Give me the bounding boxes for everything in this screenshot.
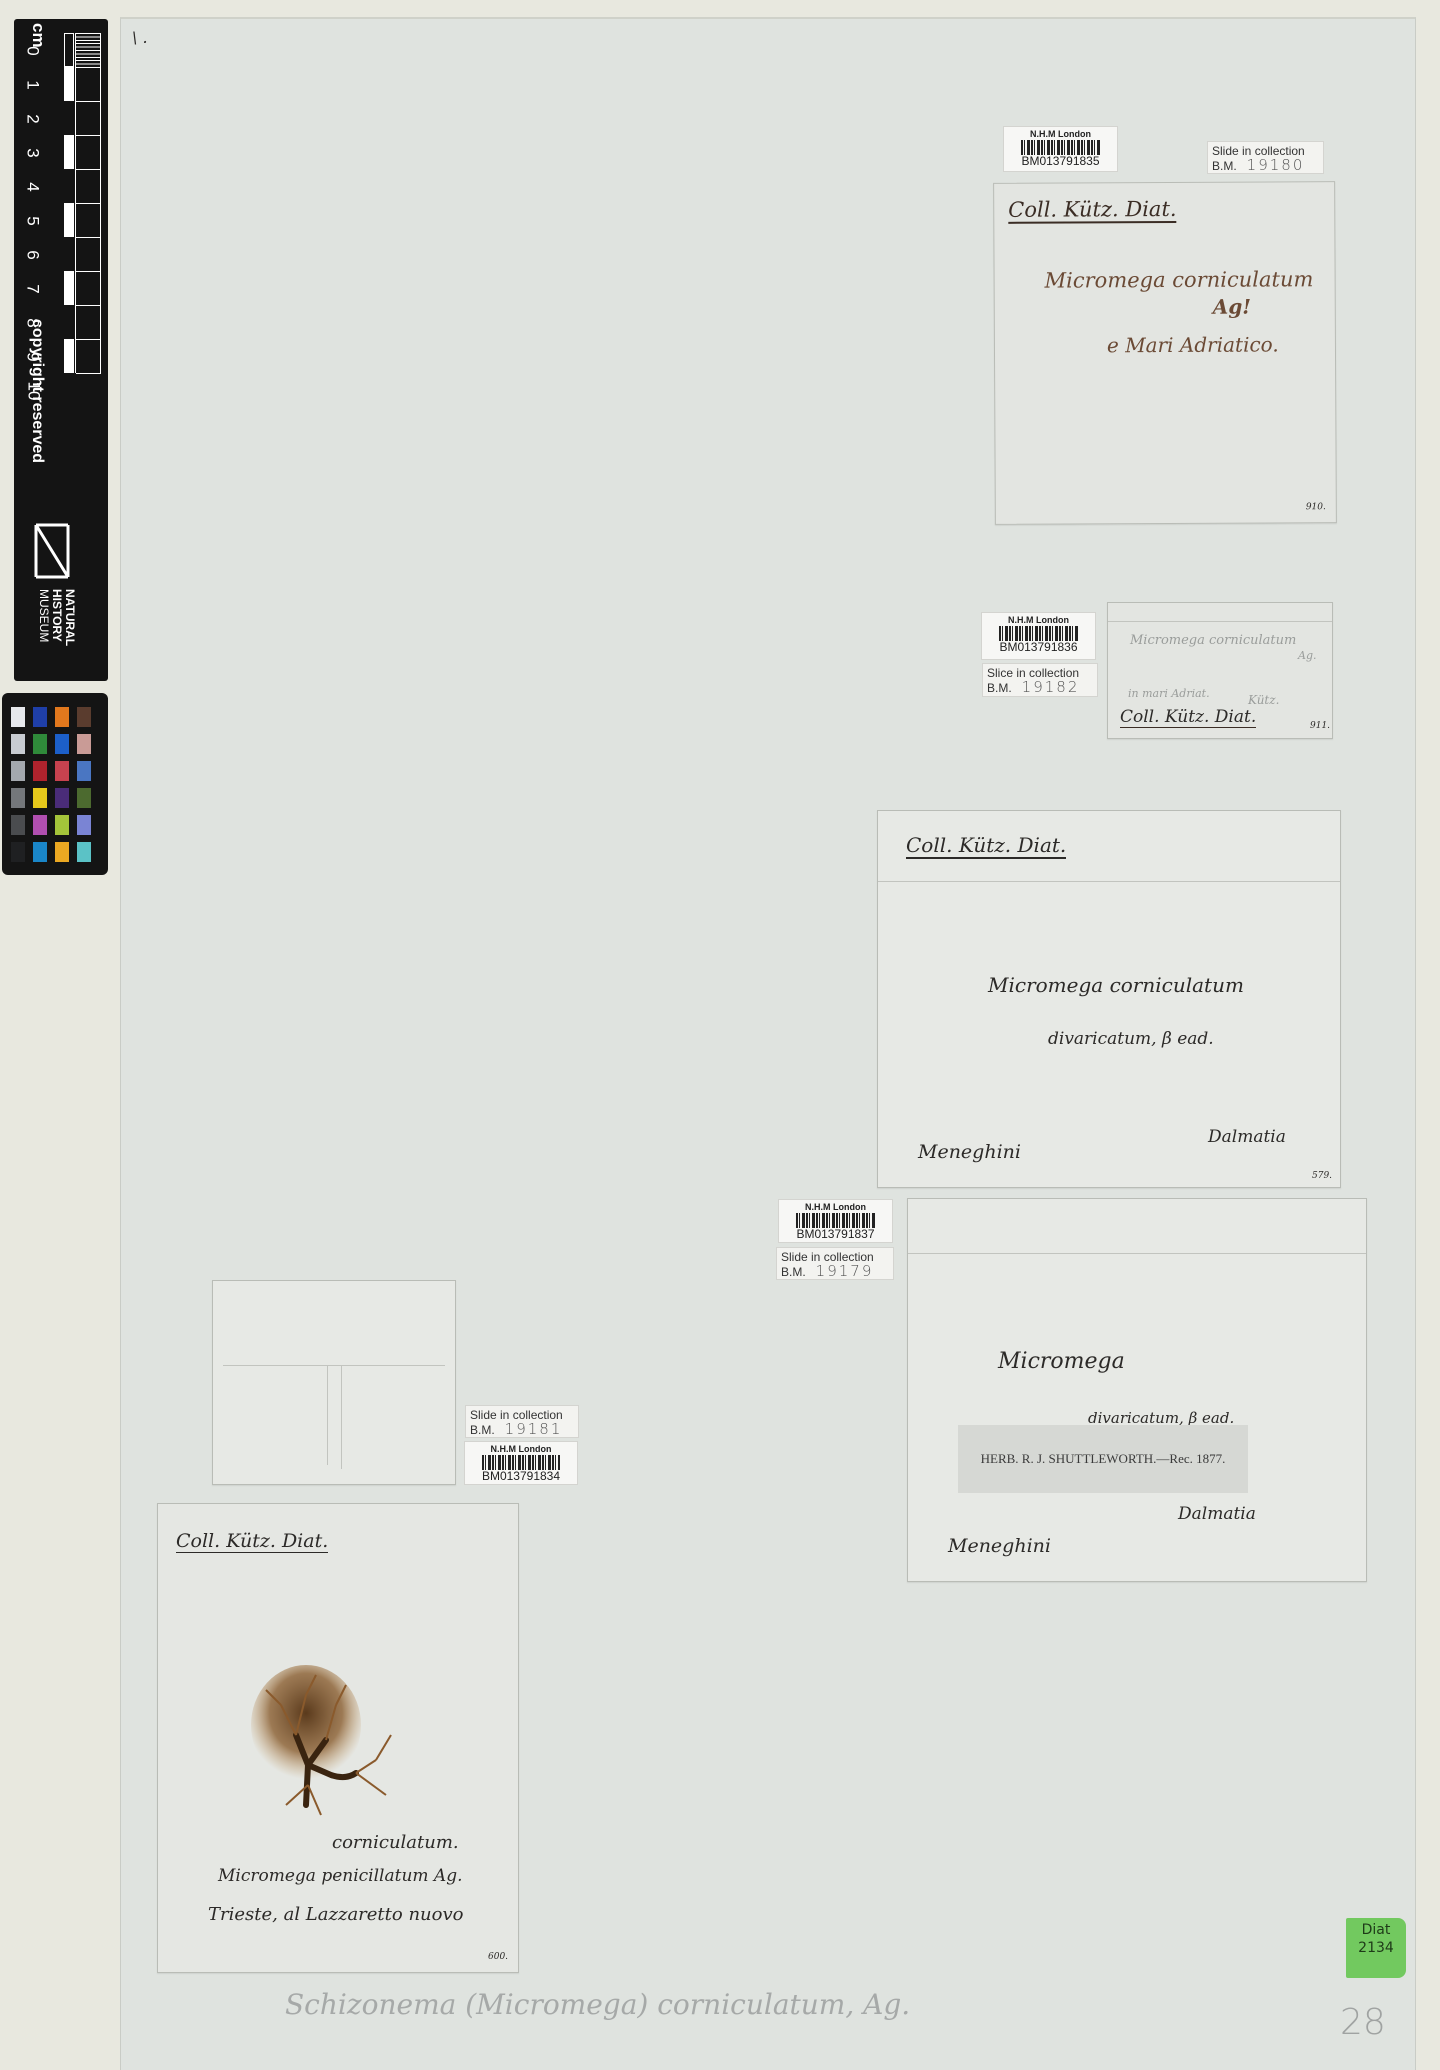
- color-swatch: [33, 707, 47, 727]
- slide-label: Slide in collection B.M.19181: [465, 1405, 579, 1438]
- envelope-header: Coll. Kütz. Diat.: [906, 833, 1066, 859]
- envelope-line: Micromega corniculatum: [1130, 633, 1296, 648]
- barcode-label: N.H.M London BM013791835: [1003, 126, 1118, 172]
- envelope-line: Kütz.: [1248, 693, 1279, 707]
- color-swatch: [11, 788, 25, 808]
- copyright-text: copyright reserved: [28, 319, 46, 463]
- taxon-annotation: Schizonema (Micromega) corniculatum, Ag.: [285, 1988, 910, 2021]
- page-number: 28: [1340, 2002, 1386, 2043]
- empty-envelope: [212, 1280, 456, 1485]
- barcode-number: BM013791837: [779, 1228, 892, 1241]
- nhm-logo-icon: [30, 519, 74, 583]
- slide-label: Slide in collection B.M.19179: [776, 1247, 894, 1280]
- scale-number: 4: [23, 182, 43, 191]
- envelope-line: Micromega: [998, 1349, 1125, 1374]
- color-swatch: [55, 707, 69, 727]
- corner-mark: \ .: [132, 28, 148, 47]
- slide-bm: B.M.: [470, 1423, 495, 1437]
- color-swatch: [33, 788, 47, 808]
- color-swatch: [11, 842, 25, 862]
- color-swatch: [77, 707, 91, 727]
- diat-tag-line1: Diat: [1346, 1921, 1406, 1939]
- scale-number: 5: [23, 216, 43, 225]
- slide-number: 19180: [1247, 156, 1305, 174]
- envelope-line: Dalmatia: [1208, 1127, 1286, 1147]
- barcode-label: N.H.M London BM013791834: [464, 1441, 578, 1485]
- barcode-icon: [482, 1455, 560, 1470]
- scale-unit: cm: [28, 23, 48, 47]
- diat-tag: Diat 2134: [1346, 1918, 1406, 1978]
- color-swatch: [55, 761, 69, 781]
- envelope-line: Ag.: [1298, 649, 1316, 662]
- slide-bm: B.M.: [1212, 159, 1237, 173]
- specimen-envelope: Coll. Kütz. Diat. Micromega corniculatum…: [877, 810, 1341, 1188]
- color-swatch: [33, 815, 47, 835]
- logo-text-museum: MUSEUM: [37, 589, 50, 599]
- barcode-icon: [1021, 140, 1100, 155]
- logo-text-history: HISTORY: [50, 589, 63, 599]
- envelope-line: corniculatum.: [332, 1832, 459, 1853]
- barcode-label: N.H.M London BM013791837: [778, 1199, 893, 1243]
- color-swatch: [11, 707, 25, 727]
- color-swatch: [55, 815, 69, 835]
- color-swatch: [55, 842, 69, 862]
- color-swatch: [55, 788, 69, 808]
- envelope-number: 600.: [488, 1952, 508, 1962]
- logo-text-natural: NATURAL: [63, 589, 76, 599]
- specimen-envelope: Micromega corniculatum Ag. in mari Adria…: [1107, 602, 1333, 739]
- barcode-org: N.H.M London: [982, 615, 1095, 625]
- slide-bm: B.M.: [987, 681, 1012, 695]
- slide-label: Slice in collection B.M.19182: [982, 663, 1098, 697]
- envelope-line: divaricatum, β ead.: [1048, 1029, 1214, 1049]
- color-swatch: [33, 842, 47, 862]
- barcode-org: N.H.M London: [779, 1202, 892, 1212]
- barcode-number: BM013791836: [982, 641, 1095, 654]
- envelope-line: Micromega corniculatum: [1045, 267, 1314, 292]
- envelope-header: Coll. Kütz. Diat.: [1008, 197, 1176, 224]
- envelope-line: Ag!: [1213, 295, 1251, 319]
- color-swatch: [11, 761, 25, 781]
- envelope-header: Coll. Kütz. Diat.: [1120, 707, 1256, 728]
- color-checker: [2, 693, 108, 875]
- color-swatch: [33, 734, 47, 754]
- envelope-header: Coll. Kütz. Diat.: [176, 1530, 328, 1553]
- color-swatch: [55, 734, 69, 754]
- color-swatch: [77, 788, 91, 808]
- barcode-org: N.H.M London: [465, 1444, 577, 1454]
- scale-number: 1: [23, 80, 43, 89]
- scale-number: 2: [23, 114, 43, 123]
- slide-number: 19181: [505, 1420, 563, 1438]
- ruler: [64, 33, 100, 373]
- diat-tag-line2: 2134: [1346, 1939, 1406, 1957]
- scale-number: 3: [23, 148, 43, 157]
- envelope-line: Trieste, al Lazzaretto nuovo: [208, 1904, 464, 1925]
- color-swatch: [77, 842, 91, 862]
- color-swatch: [77, 815, 91, 835]
- specimen-envelope: Micromega divaricatum, β ead. Dalmatia M…: [907, 1198, 1367, 1582]
- envelope-line: Micromega penicillatum Ag.: [218, 1866, 463, 1886]
- barcode-icon: [999, 626, 1078, 641]
- alga-specimen-icon: [236, 1665, 406, 1835]
- slide-bm: B.M.: [781, 1265, 806, 1279]
- barcode-label: N.H.M London BM013791836: [981, 612, 1096, 660]
- envelope-line: Micromega corniculatum: [988, 973, 1244, 997]
- envelope-number: 579.: [1312, 1171, 1332, 1181]
- color-swatch: [11, 734, 25, 754]
- envelope-line: in mari Adriat.: [1128, 687, 1210, 700]
- barcode-icon: [796, 1213, 875, 1228]
- envelope-number: 910.: [1306, 502, 1326, 512]
- color-swatch: [77, 734, 91, 754]
- barcode-number: BM013791835: [1004, 155, 1117, 168]
- scale-bar: cm 0 1 2 3 4 5 6 7 8 9 10 copyright rese…: [14, 19, 108, 681]
- scale-number: 6: [23, 250, 43, 259]
- printed-herbarium-label: HERB. R. J. SHUTTLEWORTH.—Rec. 1877.: [958, 1425, 1248, 1493]
- envelope-line: Dalmatia: [1178, 1504, 1256, 1524]
- envelope-line: Meneghini: [948, 1535, 1051, 1557]
- envelope-number: 911.: [1310, 721, 1330, 731]
- specimen-envelope: Coll. Kütz. Diat. Micromega corniculatum…: [993, 181, 1337, 525]
- barcode-number: BM013791834: [465, 1470, 577, 1483]
- slide-number: 19182: [1022, 678, 1080, 696]
- envelope-line: e Mari Adriatico.: [1107, 332, 1279, 357]
- slide-number: 19179: [816, 1262, 874, 1280]
- slide-label: Slide in collection B.M.19180: [1207, 141, 1324, 174]
- scale-number: 0: [23, 46, 43, 55]
- barcode-org: N.H.M London: [1004, 129, 1117, 139]
- color-swatch: [33, 761, 47, 781]
- envelope-line: Meneghini: [918, 1141, 1021, 1163]
- color-swatch: [77, 761, 91, 781]
- scale-number: 7: [23, 284, 43, 293]
- color-swatch: [11, 815, 25, 835]
